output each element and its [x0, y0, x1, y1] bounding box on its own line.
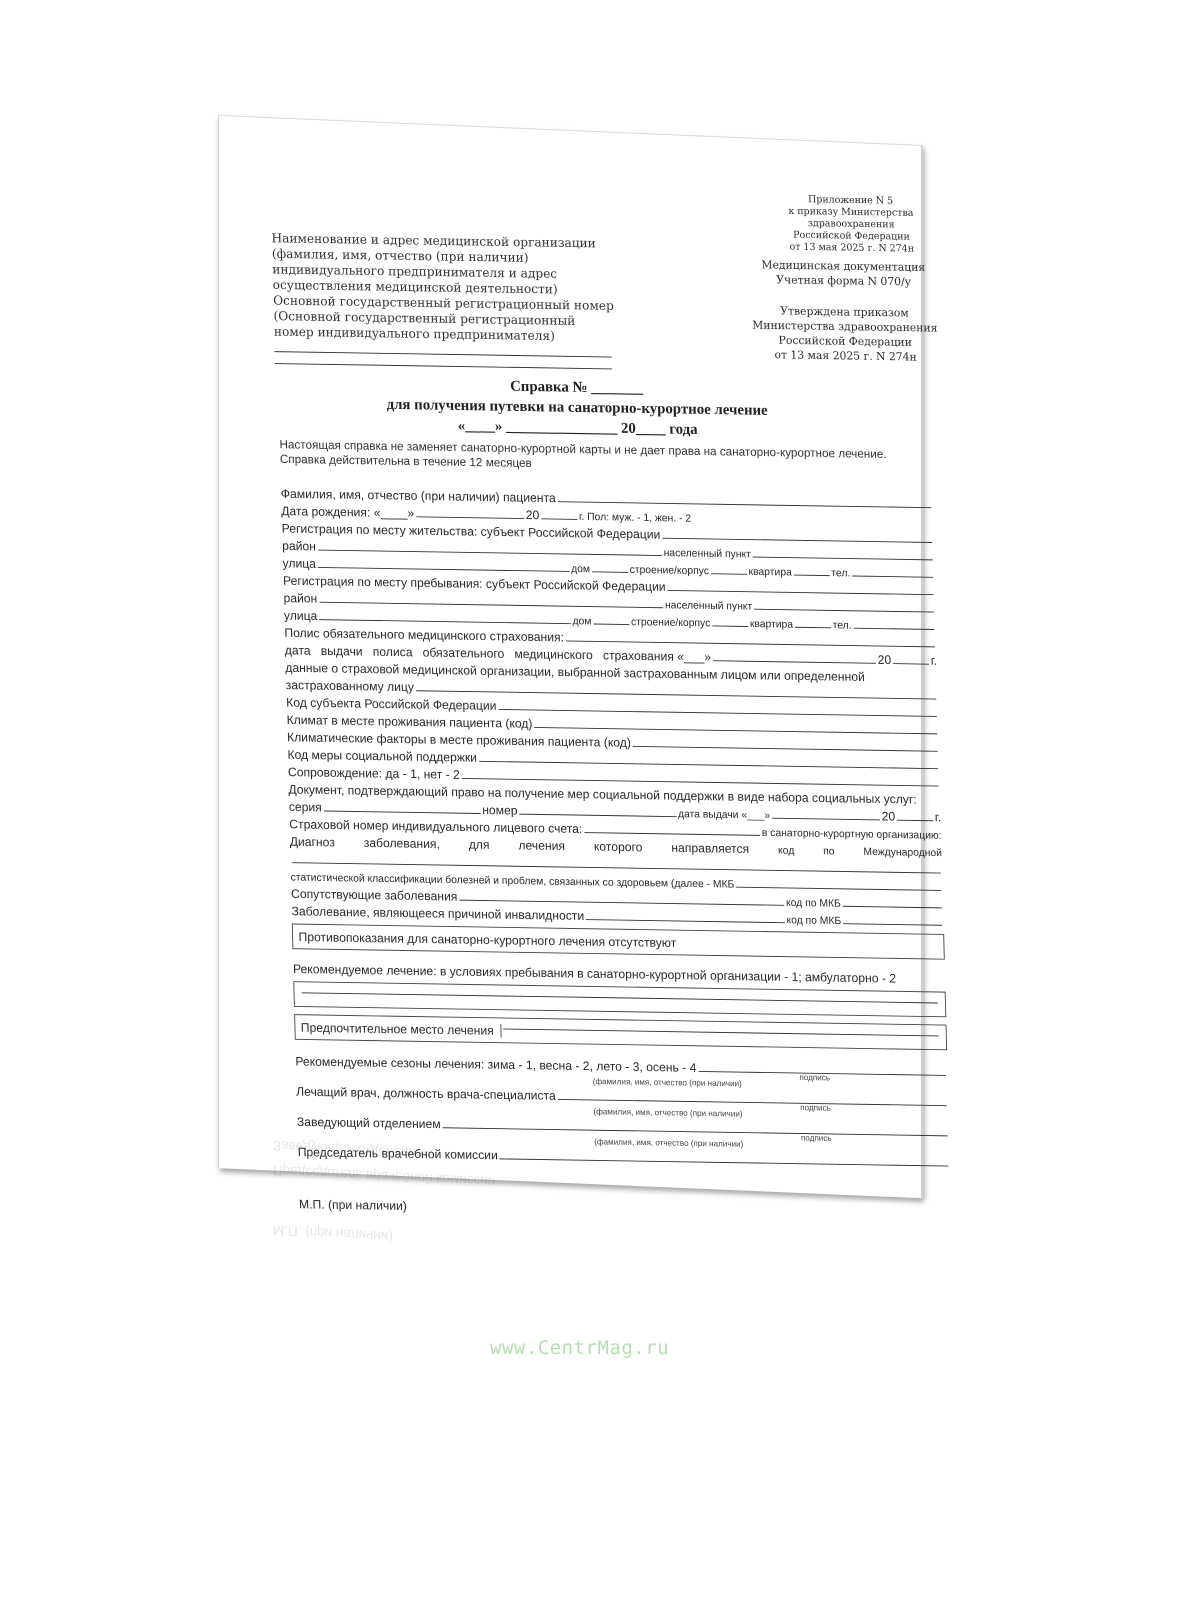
policy-date-word: полиса — [373, 645, 413, 659]
stay-phone-field[interactable] — [853, 628, 934, 630]
diagnosis-word: Международной — [863, 847, 942, 859]
number-field[interactable] — [519, 814, 676, 817]
icd-code-label: код по МКБ — [786, 915, 841, 927]
policy-date-word: выдачи — [321, 644, 363, 658]
insurer-label-2: застрахованному лицу — [286, 678, 415, 694]
diagnosis-word: по — [823, 846, 835, 857]
policy-g-label: г. — [931, 654, 938, 668]
diagnosis-word: лечения — [518, 838, 565, 852]
organization-block: Наименование и адрес медицинской организ… — [271, 231, 616, 369]
district-label: район — [283, 591, 317, 605]
appendix-line: к приказу Министерства здравоохранения — [761, 205, 942, 232]
comorbid-label: Сопутствующие заболевания — [291, 887, 458, 903]
disability-field[interactable] — [586, 919, 785, 923]
birth-date-label: Дата рождения: «____» — [281, 504, 414, 520]
form-code: Медицинская документация Учетная форма N… — [744, 257, 943, 289]
watermark: www.CentrMag.ru — [490, 1337, 669, 1359]
phone-label: тел. — [831, 568, 850, 579]
birth-year-field[interactable] — [541, 518, 577, 519]
stay-building-field[interactable] — [712, 625, 748, 626]
settlement-label: населенный пункт — [664, 548, 752, 560]
diagnosis-word: Диагноз — [290, 835, 335, 849]
reflection-stamp: М.П. (при наличии) — [273, 1223, 393, 1244]
approval-note: Утверждена приказом Министерства здравоо… — [745, 303, 944, 365]
series-label: серия — [289, 800, 322, 814]
house-field[interactable] — [592, 571, 628, 572]
policy-year-label: 20 — [877, 653, 891, 667]
issue-year-field[interactable] — [897, 820, 933, 821]
appendix-note: Приложение N 5 к приказу Министерства зд… — [760, 193, 941, 255]
diagnosis-word: для — [469, 838, 490, 852]
number-label: номер — [482, 803, 518, 817]
reflection-head: Заведующий отделением — [273, 1138, 433, 1161]
policy-date-word: страхования «___» — [603, 648, 711, 663]
district-label: район — [282, 539, 316, 553]
notice: Настоящая справка не заменяет санаторно-… — [279, 437, 928, 477]
disability-icd-field[interactable] — [843, 923, 942, 926]
street-label: улица — [284, 609, 318, 623]
diagnosis-word: код — [778, 845, 794, 856]
escort-label: Сопровождение: да - 1, нет - 2 — [288, 765, 460, 781]
phone-label: тел. — [833, 620, 852, 631]
settlement-label: населенный пункт — [665, 600, 753, 612]
issue-g-label: г. — [935, 810, 942, 824]
approval-line: от 13 мая 2025 г. N 274н — [746, 347, 944, 365]
product-preview: Приложение N 5 к приказу Министерства зд… — [0, 0, 1200, 1611]
policy-date-word: дата — [285, 643, 311, 657]
series-field[interactable] — [324, 811, 481, 814]
issue-year-label: 20 — [882, 809, 896, 823]
reflection-chairman: Председатель врачебной комиссии — [273, 1163, 495, 1190]
street-label: улица — [282, 556, 316, 570]
birth-year-label: 20 — [526, 508, 540, 522]
issue-date-label: дата выдачи «___» — [678, 809, 770, 821]
building-label: строение/корпус — [631, 617, 711, 629]
apartment-field[interactable] — [794, 575, 830, 576]
diagnosis-word: которого — [594, 840, 643, 855]
birth-month-field[interactable] — [416, 516, 524, 519]
organization-field-1[interactable] — [274, 351, 611, 357]
building-label: строение/корпус — [630, 565, 710, 577]
building-field[interactable] — [711, 573, 747, 574]
contraindications-label: Противопоказания для санаторно-курортног… — [298, 930, 676, 950]
phone-field[interactable] — [852, 576, 933, 578]
house-label: дом — [571, 564, 590, 575]
organization-field-2[interactable] — [275, 363, 612, 369]
policy-date-word: медицинского — [514, 647, 593, 662]
house-label: дом — [572, 616, 591, 627]
issue-date-field[interactable] — [772, 818, 880, 821]
diagnosis-word: направляется — [671, 841, 749, 856]
policy-date-field[interactable] — [713, 660, 876, 664]
comorbid-icd-field[interactable] — [843, 906, 942, 909]
contraindications-box[interactable]: Противопоказания для санаторно-курортног… — [292, 924, 945, 960]
icd-code-label: код по МКБ — [786, 898, 841, 910]
appendix-line: от 13 мая 2025 г. N 274н — [762, 241, 942, 256]
stay-apartment-field[interactable] — [795, 627, 831, 628]
apartment-label: квартира — [750, 619, 794, 631]
policy-year-field[interactable] — [893, 663, 929, 664]
sheet-reflection: М.П. (при наличии) Председатель врачебно… — [218, 965, 998, 1306]
disability-label: Заболевание, являющееся причиной инвалид… — [291, 904, 584, 922]
stay-house-field[interactable] — [593, 624, 629, 625]
policy-date-word: обязательного — [422, 646, 504, 661]
sex-label: г. Пол: муж. - 1, жен. - 2 — [579, 512, 692, 525]
apartment-label: квартира — [748, 567, 792, 579]
diagnosis-word: заболевания, — [364, 836, 440, 851]
